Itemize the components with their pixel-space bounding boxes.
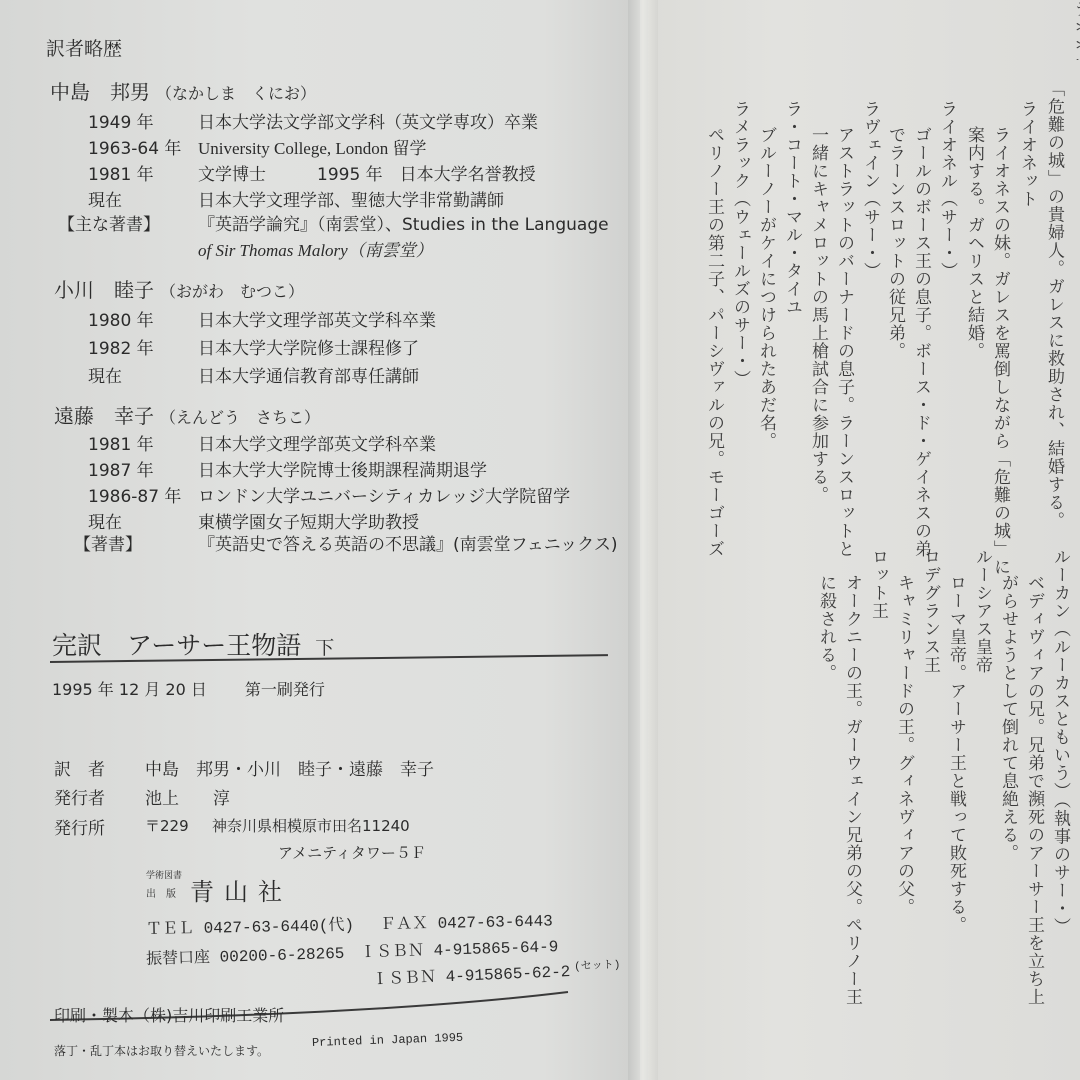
profile-desc: 日本大学大学院博士後期課程満期退学 [198,456,487,481]
profile-year: 現在 [88,186,122,211]
profile-books-label: 【主な著書】 [58,210,160,235]
glossary-entry-head: ロデグランス王 [916,548,944,674]
profile-books-label: 【著書】 [74,530,142,555]
printer: 印刷・製本（株)吉川印刷工業所 [54,1003,284,1026]
translator-name-text: 遠藤 幸子 [54,404,154,428]
glossary-entry-head: ライオネット [1013,100,1041,208]
glossary-column: 一緒にキャメロットの馬上槍試合に参加する。 [804,108,832,504]
glossary-entry-head: ライオネル（サー・） [933,100,961,280]
glossary-entry-head: ラ・コート・マル・タイユ [778,100,806,316]
translator-reading: （えんどう さちこ） [160,408,320,427]
glossary-column-cut: ラ＊＊＊＊ [1066,0,1080,60]
translator-name: 小川 睦子（おがわ むつこ） [54,274,304,303]
address-line-1: 神奈川県相模原市田名11240 [212,815,410,836]
translators-label: 訳 者 [54,755,105,780]
profile-year: 1986-87 年 [88,482,181,507]
profile-desc: 文学博士 1995 年 日本大学名誉教授 [198,160,536,185]
glossary-column: キャミリャードの王。グィネヴィアの父。 [890,556,918,916]
glossary-column: 「危難の城」の貴婦人。ガレスに救助され、結婚する。 [1040,70,1068,530]
glossary-entry-head: ルーシアス皇帝 [968,548,996,674]
office-label: 発行所 [54,814,105,839]
publication-date-line: 1995 年 12 月 20 日第一刷発行 [52,677,325,700]
imprint-small-1: 学術図書 [146,868,182,881]
postal-code: 〒229 [145,815,189,836]
replacement-notice: 落丁・乱丁本はお取り替えいたします。 [54,1042,269,1059]
book-title: 完訳 アーサー王物語下 [52,626,334,662]
publisher-value: 池上 淳 [145,784,230,809]
glossary-column: ペリノー王の第二子、パーシヴァルの兄。モーゴーズ [700,108,728,558]
translators-value: 中島 邦男・小川 睦子・遠藤 幸子 [145,755,434,780]
translator-name: 中島 邦男（なかしま くにお） [50,76,316,105]
imprint-small-2: 出 版 [146,885,176,900]
profile-year: 1949 年 [88,108,154,133]
publisher-label: 発行者 [54,784,105,809]
profile-year: 現在 [88,362,122,387]
profile-year: 1987 年 [88,456,154,481]
profile-desc: 『英語史で答える英語の不思議』(南雲堂フェニックス) [198,530,618,555]
glossary-entry-head: ルーカン（ルーカスともいう）（執事のサー・） [1046,548,1074,936]
translator-name-text: 小川 睦子 [54,278,154,302]
glossary-column: 案内する。ガヘリスと結婚。 [960,108,988,360]
profile-desc: University College, London 留学 [198,134,427,159]
glossary-column: ゴールのボース王の息子。ボース・ド・ゲイネスの弟 [907,108,935,558]
glossary-entry-head: ロット王 [864,548,892,620]
translator-name-text: 中島 邦男 [50,80,150,104]
edition: 第一刷発行 [245,680,325,699]
glossary-column: オークニーの王。ガーウェイン兄弟の父。ペリノー王 [838,556,866,1006]
translator-reading: （おがわ むつこ） [160,282,304,301]
section-title: 訳者略歴 [46,34,122,61]
glossary-column: ローマ皇帝。アーサー王と戦って敗死する。 [942,556,970,934]
profile-year: 1963-64 年 [88,134,181,159]
profile-year: 1982 年 [88,334,154,359]
profile-desc: 日本大学大学院修士課程修了 [198,334,419,359]
glossary-entry-head: ラメラック（ウェールズのサー・） [726,100,754,388]
profile-desc: 『英語学論究』（南雲堂）、Studies in the Language [198,210,609,235]
glossary-column: がらせようとして倒れて息絶える。 [994,556,1022,862]
profile-desc: 日本大学法文学部文学科（英文学専攻）卒業 [198,108,538,133]
isbn-set-note: (セット) [574,960,621,974]
address-line-2: アメニティタワー５Ｆ [278,842,426,863]
glossary-entry-head: ラヴェイン（サー・） [856,100,884,280]
publisher-company: 青 山 社 [190,872,284,907]
book-gutter [628,0,658,1080]
publication-date: 1995 年 12 月 20 日 [52,680,207,699]
profile-desc: 日本大学文理学部英文学科卒業 [198,430,436,455]
glossary-column: に殺される。 [812,556,840,682]
translator-name: 遠藤 幸子（えんどう さちこ） [54,400,320,429]
profile-desc: ロンドン大学ユニバーシティカレッジ大学院留学 [198,482,570,507]
profile-desc: 日本大学文理学部英文学科卒業 [198,306,436,331]
book-volume: 下 [315,637,334,659]
profile-desc: 日本大学文理学部、聖徳大学非常勤講師 [198,186,504,211]
profile-desc: 日本大学通信教育部専任講師 [198,362,419,387]
glossary-column: でラーンスロットの従兄弟。 [881,108,909,360]
translator-reading: （なかしま くにお） [156,84,316,103]
glossary-column: ベディヴィアの兄。兄弟で瀕死のアーサー王を立ち上 [1020,556,1048,1006]
profile-year: 1981 年 [88,160,154,185]
book-title-text: 完訳 アーサー王物語 [52,631,301,660]
glossary-column: ブルーノーがケイにつけられたあだ名。 [752,108,780,450]
glossary-column: アストラットのバーナードの息子。ラーンスロットと [830,108,858,558]
profile-row-continued: of Sir Thomas Malory（南雲堂） [198,236,433,261]
fax: ＦＡＸ 0427-63-6443 [380,912,553,934]
glossary-column: ライオネスの妹。ガレスを罵倒しながら「危難の城」に [986,108,1014,576]
profile-year: 1980 年 [88,306,154,331]
profile-year: 1981 年 [88,430,154,455]
